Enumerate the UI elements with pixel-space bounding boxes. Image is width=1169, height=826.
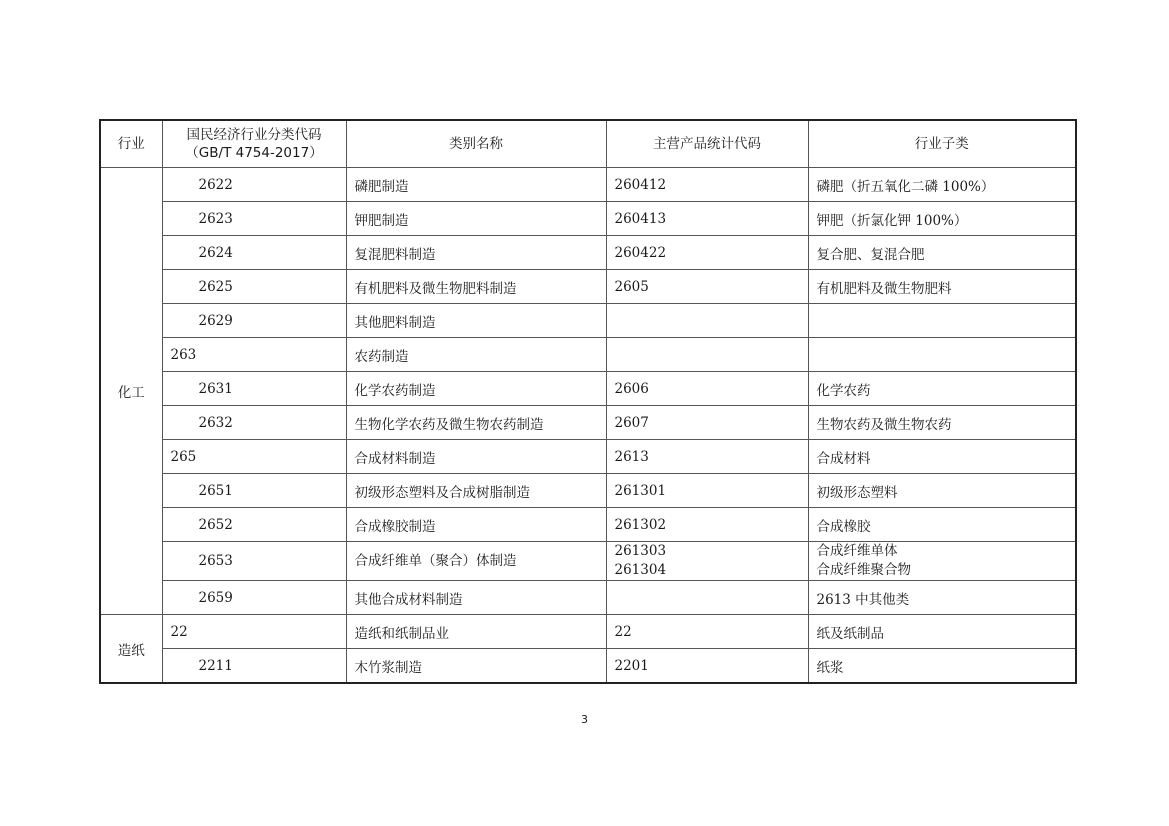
industry-paper: 造纸 xyxy=(100,615,162,684)
table-row: 2632 生物化学农药及微生物农药制造 2607 生物农药及微生物农药 xyxy=(100,406,1076,440)
table-row: 2624 复混肥料制造 260422 复合肥、复混合肥 xyxy=(100,236,1076,270)
table-row: 2623 钾肥制造 260413 钾肥（折氯化钾 100%） xyxy=(100,202,1076,236)
industry-chemical: 化工 xyxy=(100,168,162,615)
table-row: 265 合成材料制造 2613 合成材料 xyxy=(100,440,1076,474)
table-row: 2631 化学农药制造 2606 化学农药 xyxy=(100,372,1076,406)
header-product-code: 主营产品统计代码 xyxy=(606,120,808,168)
table-row: 化工 2622 磷肥制造 260412 磷肥（折五氧化二磷 100%） xyxy=(100,168,1076,202)
table-row: 2651 初级形态塑料及合成树脂制造 261301 初级形态塑料 xyxy=(100,474,1076,508)
header-industry: 行业 xyxy=(100,120,162,168)
table-row: 2629 其他肥料制造 xyxy=(100,304,1076,338)
table-row: 2659 其他合成材料制造 2613 中其他类 xyxy=(100,581,1076,615)
table-header-row: 行业 国民经济行业分类代码 （GB/T 4754-2017） 类别名称 主营产品… xyxy=(100,120,1076,168)
table-row: 2653 合成纤维单（聚合）体制造 261303 261304 合成纤维单体 合… xyxy=(100,542,1076,581)
header-sub-industry: 行业子类 xyxy=(808,120,1076,168)
header-category-name: 类别名称 xyxy=(346,120,606,168)
industry-classification-table: 行业 国民经济行业分类代码 （GB/T 4754-2017） 类别名称 主营产品… xyxy=(99,119,1077,684)
header-gb-code: 国民经济行业分类代码 （GB/T 4754-2017） xyxy=(162,120,346,168)
table-row: 造纸 22 造纸和纸制品业 22 纸及纸制品 xyxy=(100,615,1076,649)
table-row: 2211 木竹浆制造 2201 纸浆 xyxy=(100,649,1076,684)
page-number: 3 xyxy=(0,713,1169,726)
table-row: 263 农药制造 xyxy=(100,338,1076,372)
table-row: 2625 有机肥料及微生物肥料制造 2605 有机肥料及微生物肥料 xyxy=(100,270,1076,304)
table-row: 2652 合成橡胶制造 261302 合成橡胶 xyxy=(100,508,1076,542)
